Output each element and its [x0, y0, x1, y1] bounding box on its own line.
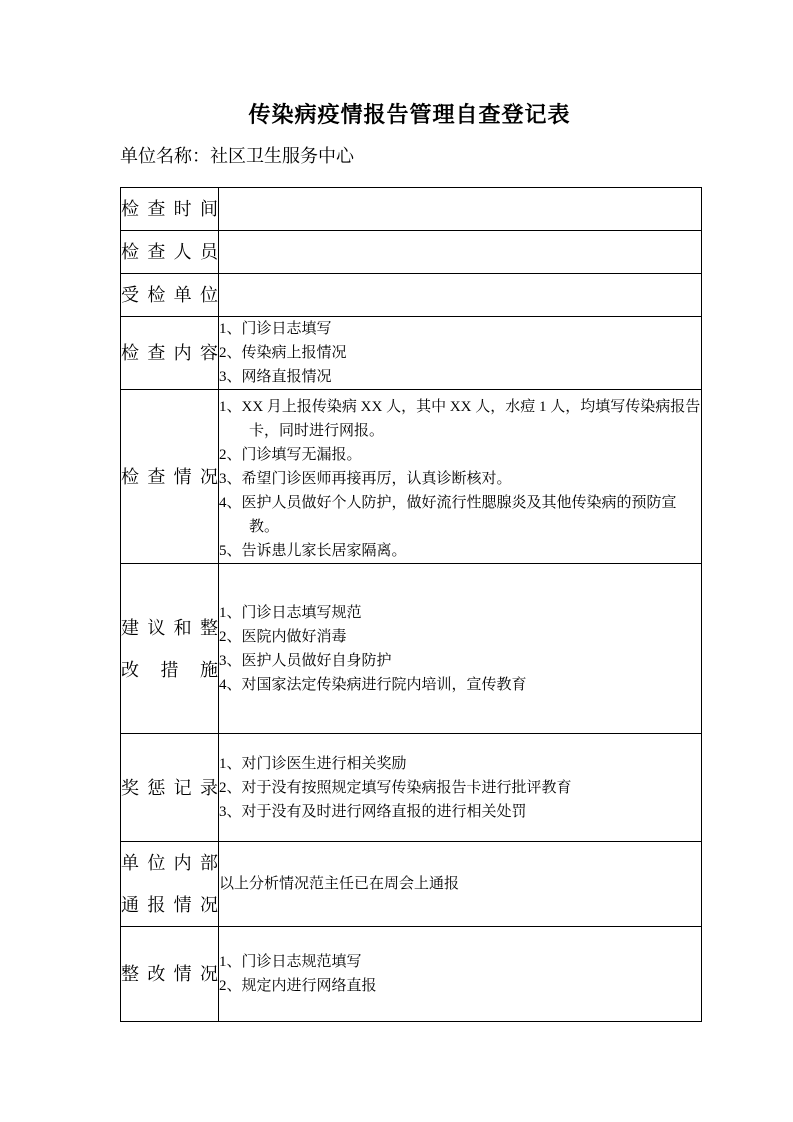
table-row-suggestions-and-rectification-measures: 建议和整 改措施 1、门诊日志填写规范 2、医院内做好消毒 3、医护人员做好自身…	[121, 564, 702, 734]
row-content-cell	[219, 188, 702, 231]
content-item: 1、门诊日志填写	[219, 317, 701, 341]
content-item: 4、对国家法定传染病进行院内培训，宣传教育	[219, 673, 701, 697]
row-label-cell: 检查内容	[121, 317, 219, 390]
row-content-cell: 1、对门诊医生进行相关奖励 2、对于没有按照规定填写传染病报告卡进行批评教育 3…	[219, 734, 702, 842]
row-label: 通报情况	[121, 884, 218, 926]
table-row-inspection-content: 检查内容 1、门诊日志填写 2、传染病上报情况 3、网络直报情况	[121, 317, 702, 390]
content-item: 5、告诉患儿家长居家隔离。	[219, 539, 701, 563]
row-content-cell: 以上分析情况范主任已在周会上通报	[219, 842, 702, 927]
row-label: 整改情况	[121, 953, 218, 995]
row-label: 改措施	[121, 649, 218, 691]
content-item: 3、医护人员做好自身防护	[219, 649, 701, 673]
row-label: 检查人员	[121, 231, 218, 273]
content-item: 4、医护人员做好个人防护，做好流行性腮腺炎及其他传染病的预防宣教。	[219, 491, 701, 539]
content-item: 3、网络直报情况	[219, 365, 701, 389]
content-item: 2、传染病上报情况	[219, 341, 701, 365]
content-item: 以上分析情况范主任已在周会上通报	[219, 872, 701, 896]
table-row-inspectors: 检查人员	[121, 231, 702, 274]
content-item: 2、规定内进行网络直报	[219, 974, 701, 998]
row-label: 受检单位	[121, 274, 218, 316]
row-label-cell: 受检单位	[121, 274, 219, 317]
row-label: 检查时间	[121, 188, 218, 230]
document: 传染病疫情报告管理自查登记表 单位名称：社区卫生服务中心 检查时间 检查人员 受…	[120, 0, 699, 1022]
content-item: 1、门诊日志规范填写	[219, 950, 701, 974]
content-item: 3、对于没有及时进行网络直报的进行相关处罚	[219, 800, 701, 824]
row-label-cell: 单位内部 通报情况	[121, 842, 219, 927]
content-item: 1、门诊日志填写规范	[219, 601, 701, 625]
row-content-cell	[219, 231, 702, 274]
row-label-cell: 检查时间	[121, 188, 219, 231]
unit-name-line: 单位名称：社区卫生服务中心	[120, 145, 699, 167]
self-inspection-table: 检查时间 检查人员 受检单位 检查内容 1、门诊日志填写 2、传染病上报情况 3…	[120, 187, 702, 1022]
row-content-cell: 1、门诊日志填写规范 2、医院内做好消毒 3、医护人员做好自身防护 4、对国家法…	[219, 564, 702, 734]
row-label-cell: 检查人员	[121, 231, 219, 274]
row-label: 检查内容	[121, 332, 218, 374]
row-label: 检查情况	[121, 456, 218, 498]
table-row-inspection-time: 检查时间	[121, 188, 702, 231]
content-item: 1、对门诊医生进行相关奖励	[219, 752, 701, 776]
table-row-internal-notification: 单位内部 通报情况 以上分析情况范主任已在周会上通报	[121, 842, 702, 927]
unit-name-value: 社区卫生服务中心	[210, 146, 354, 166]
row-label-cell: 整改情况	[121, 927, 219, 1022]
row-label: 单位内部	[121, 842, 218, 884]
row-label-cell: 检查情况	[121, 390, 219, 564]
row-content-cell: 1、门诊日志填写 2、传染病上报情况 3、网络直报情况	[219, 317, 702, 390]
table-row-rectification-status: 整改情况 1、门诊日志规范填写 2、规定内进行网络直报	[121, 927, 702, 1022]
row-label: 建议和整	[121, 607, 218, 649]
row-label-cell: 建议和整 改措施	[121, 564, 219, 734]
content-item: 2、对于没有按照规定填写传染病报告卡进行批评教育	[219, 776, 701, 800]
content-item: 3、希望门诊医师再接再厉，认真诊断核对。	[219, 467, 701, 491]
document-title: 传染病疫情报告管理自查登记表	[120, 101, 699, 129]
content-item: 2、门诊填写无漏报。	[219, 443, 701, 467]
row-content-cell: 1、XX 月上报传染病 XX 人，其中 XX 人，水痘 1 人，均填写传染病报告…	[219, 390, 702, 564]
content-item: 2、医院内做好消毒	[219, 625, 701, 649]
table-row-reward-punishment-record: 奖惩记录 1、对门诊医生进行相关奖励 2、对于没有按照规定填写传染病报告卡进行批…	[121, 734, 702, 842]
unit-name-label: 单位名称：	[120, 146, 210, 166]
row-label-cell: 奖惩记录	[121, 734, 219, 842]
content-item: 1、XX 月上报传染病 XX 人，其中 XX 人，水痘 1 人，均填写传染病报告…	[219, 395, 701, 443]
row-label: 奖惩记录	[121, 767, 218, 809]
row-content-cell: 1、门诊日志规范填写 2、规定内进行网络直报	[219, 927, 702, 1022]
table-row-inspection-findings: 检查情况 1、XX 月上报传染病 XX 人，其中 XX 人，水痘 1 人，均填写…	[121, 390, 702, 564]
row-content-cell	[219, 274, 702, 317]
table-row-inspected-unit: 受检单位	[121, 274, 702, 317]
